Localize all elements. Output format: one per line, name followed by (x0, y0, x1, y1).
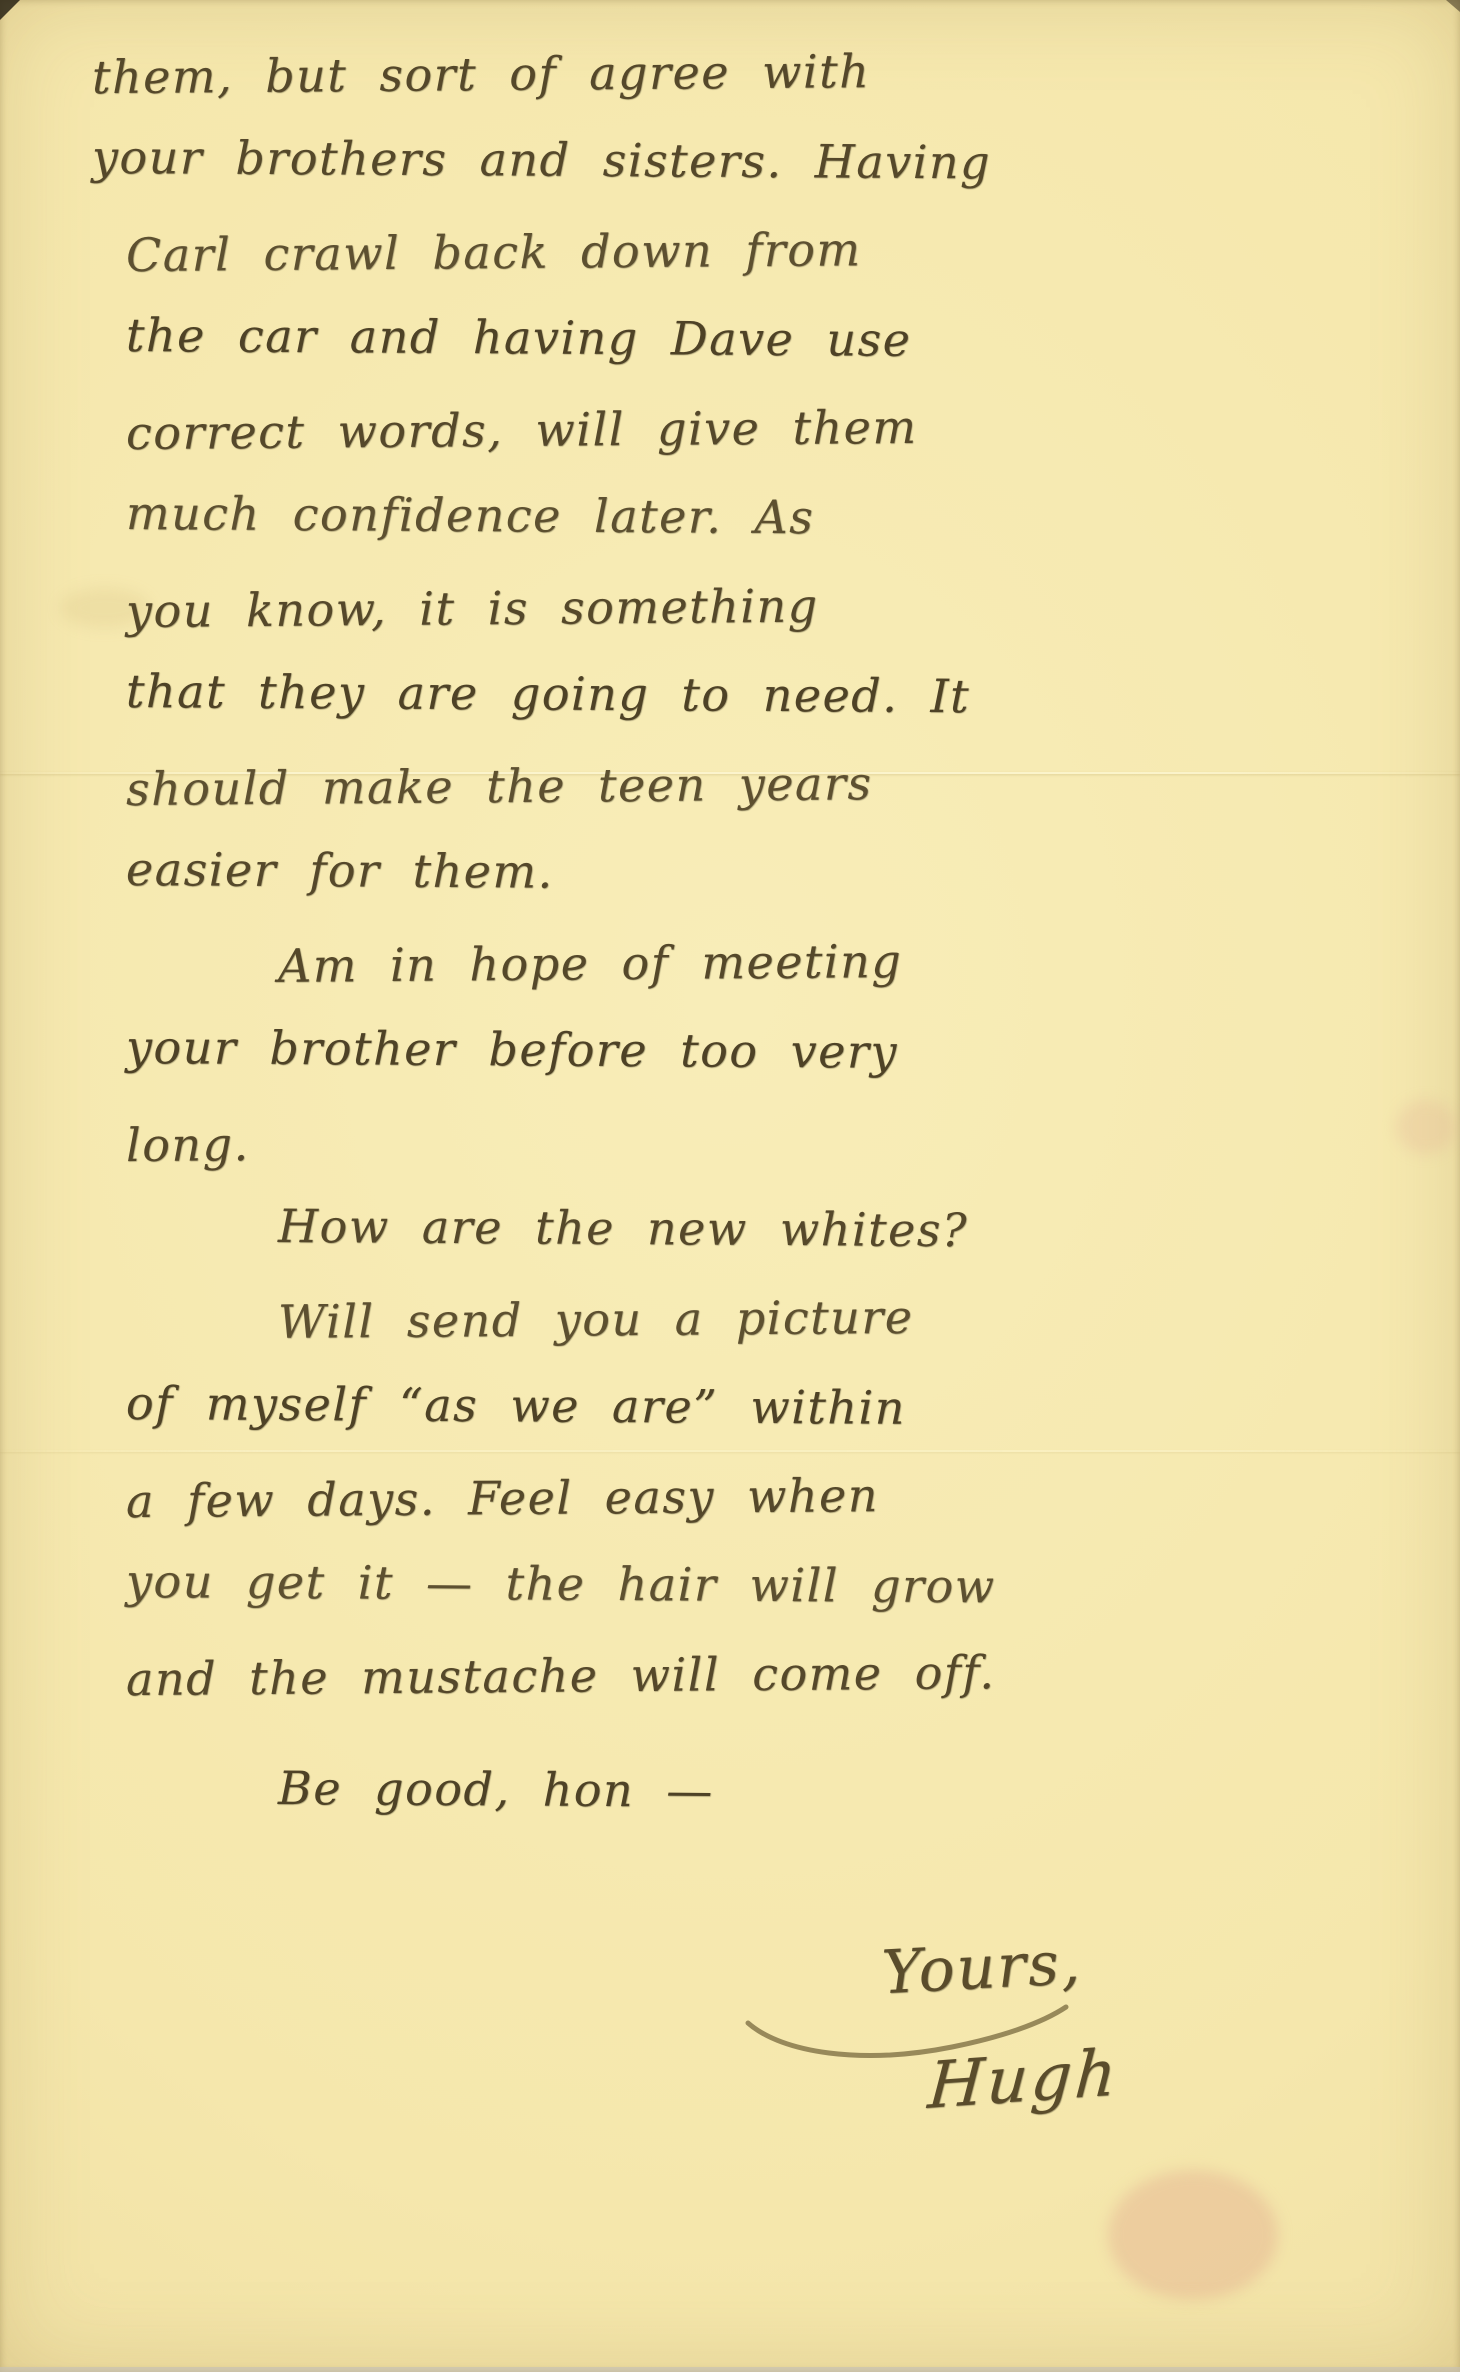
letter-line: that they are going to need. It (126, 647, 1421, 744)
valediction-text: Yours, (880, 1928, 1083, 2008)
letter-line: much confidence later. As (126, 469, 1421, 566)
letter-body: them, but sort of agree withyour brother… (92, 28, 1420, 1836)
letter-line: easier for them. (126, 825, 1421, 922)
letter-line: you get it — the hair will grow (126, 1537, 1421, 1634)
letter-closing: Yours, Hugh (0, 1905, 1460, 2305)
letter-line: long. (126, 1091, 1421, 1190)
letter-line: correct words, will give them (126, 379, 1421, 478)
scan-corner-shadow (1446, 0, 1460, 12)
letter-line: your brother before too very (126, 1003, 1421, 1100)
letter-line: Will send you a picture (126, 1269, 1421, 1368)
letter-line: your brothers and sisters. Having (92, 113, 1421, 210)
letter-line: Be good, hon — (126, 1743, 1421, 1840)
letter-line: of myself “as we are” within (126, 1359, 1421, 1456)
scanner-edge (0, 2367, 1460, 2372)
scan-corner-shadow (0, 0, 20, 20)
letter-line: and the mustache will come off. (126, 1625, 1421, 1724)
letter-line: them, but sort of agree with (92, 23, 1421, 122)
signature-text: Hugh (926, 2036, 1122, 2124)
letter-line: Am in hope of meeting (126, 913, 1421, 1012)
letter-line: Carl crawl back down from (126, 201, 1421, 300)
letter-line: How are the new whites? (126, 1181, 1421, 1278)
letter-line: the car and having Dave use (126, 291, 1421, 388)
letter-line: should make the teen years (126, 735, 1421, 834)
letter-page: them, but sort of agree withyour brother… (0, 0, 1460, 2372)
letter-line: a few days. Feel easy when (126, 1447, 1421, 1546)
letter-line: you know, it is something (126, 557, 1421, 656)
